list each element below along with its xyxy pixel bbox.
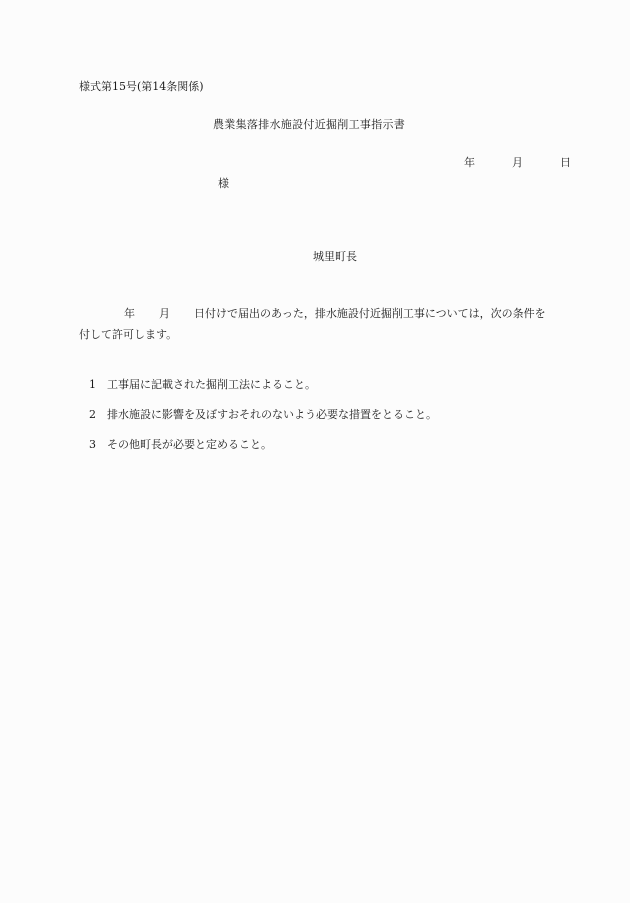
condition-item: 2排水施設に影響を及ぼすおそれのないよう必要な措置をとること。: [89, 408, 437, 422]
document-title: 農業集落排水施設付近掘削工事指示書: [213, 118, 405, 132]
condition-text: 工事届に記載された掘削工法によること。: [107, 378, 316, 391]
date-year-label: 年: [464, 156, 512, 170]
condition-item: 1工事届に記載された掘削工法によること。: [89, 378, 437, 392]
recipient-suffix: 様: [218, 177, 229, 191]
body-year-label: 年: [124, 307, 135, 320]
date-line: 年月日: [464, 156, 571, 170]
body-text: 日付けで届出のあった，排水施設付近掘削工事については，次の条件を付して許可します…: [79, 307, 546, 341]
body-month-label: 月: [159, 307, 170, 320]
date-day-label: 日: [560, 156, 571, 170]
conditions-list: 1工事届に記載された掘削工法によること。 2排水施設に影響を及ぼすおそれのないよ…: [89, 378, 437, 468]
condition-number: 2: [89, 408, 107, 422]
condition-text: その他町長が必要と定めること。: [107, 438, 272, 451]
condition-text: 排水施設に影響を及ぼすおそれのないよう必要な措置をとること。: [107, 408, 437, 421]
condition-number: 1: [89, 378, 107, 392]
body-paragraph: 年月日付けで届出のあった，排水施設付近掘削工事については，次の条件を付して許可し…: [79, 303, 549, 345]
form-number: 様式第15号(第14条関係): [79, 80, 204, 94]
condition-number: 3: [89, 438, 107, 452]
issuer-name: 城里町長: [313, 250, 357, 264]
date-month-label: 月: [512, 156, 560, 170]
condition-item: 3その他町長が必要と定めること。: [89, 438, 437, 452]
